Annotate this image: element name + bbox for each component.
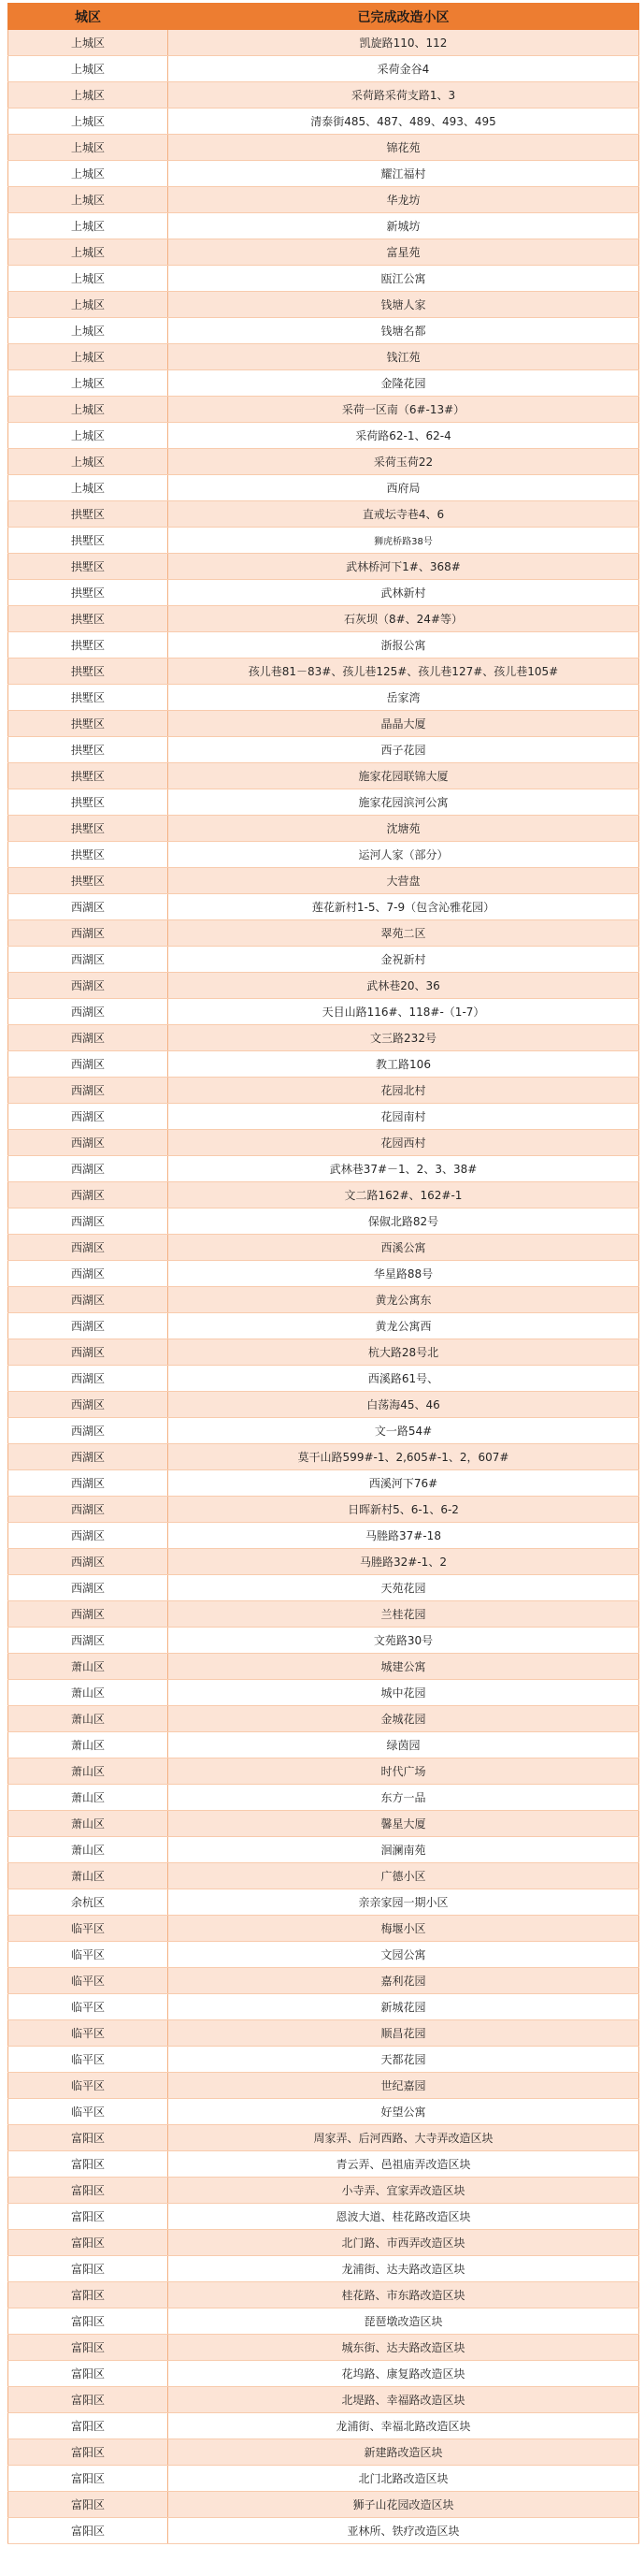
community-cell: 采荷路62-1、62-4	[168, 423, 639, 449]
district-cell: 上城区	[8, 344, 168, 370]
district-cell: 西湖区	[8, 1470, 168, 1497]
district-cell: 西湖区	[8, 1235, 168, 1261]
district-cell: 西湖区	[8, 1392, 168, 1418]
district-cell: 拱墅区	[8, 554, 168, 580]
district-cell: 富阳区	[8, 2151, 168, 2178]
community-cell: 钱江苑	[168, 344, 639, 370]
community-cell: 小寺弄、宜家弄改造区块	[168, 2178, 639, 2204]
community-cell: 华星路88号	[168, 1261, 639, 1287]
district-cell: 上城区	[8, 475, 168, 501]
district-cell: 拱墅区	[8, 528, 168, 554]
district-cell: 西湖区	[8, 999, 168, 1025]
table-row: 拱墅区武林桥河下1#、368#	[8, 554, 639, 580]
community-cell: 青云弄、邑祖庙弄改造区块	[168, 2151, 639, 2178]
table-row: 富阳区狮子山花园改造区块	[8, 2492, 639, 2518]
district-cell: 西湖区	[8, 1156, 168, 1182]
table-row: 富阳区桂花路、市东路改造区块	[8, 2282, 639, 2308]
table-row: 上城区华龙坊	[8, 187, 639, 213]
district-cell: 萧山区	[8, 1706, 168, 1732]
table-row: 西湖区保俶北路82号	[8, 1208, 639, 1235]
community-cell: 西子花园	[168, 737, 639, 763]
table-row: 萧山区城中花园	[8, 1680, 639, 1706]
community-cell: 好望公寓	[168, 2099, 639, 2125]
community-cell: 花园西村	[168, 1130, 639, 1156]
district-cell: 临平区	[8, 2020, 168, 2047]
district-cell: 西湖区	[8, 1601, 168, 1628]
table-row: 富阳区北堤路、幸福路改造区块	[8, 2387, 639, 2413]
table-row: 富阳区城东街、达夫路改造区块	[8, 2335, 639, 2361]
community-cell: 兰桂花园	[168, 1601, 639, 1628]
table-row: 西湖区西溪公寓	[8, 1235, 639, 1261]
table-row: 上城区采荷玉荷22	[8, 449, 639, 475]
community-cell: 钱塘名都	[168, 318, 639, 344]
district-cell: 西湖区	[8, 1339, 168, 1366]
district-cell: 富阳区	[8, 2282, 168, 2308]
community-cell: 金城花园	[168, 1706, 639, 1732]
table-row: 上城区钱江苑	[8, 344, 639, 370]
district-cell: 富阳区	[8, 2178, 168, 2204]
table-row: 临平区文园公寓	[8, 1942, 639, 1968]
table-row: 临平区顺昌花园	[8, 2020, 639, 2047]
district-cell: 拱墅区	[8, 685, 168, 711]
community-cell: 大营盘	[168, 868, 639, 894]
table-row: 萧山区广德小区	[8, 1863, 639, 1889]
table-row: 富阳区花坞路、康复路改造区块	[8, 2361, 639, 2387]
district-cell: 上城区	[8, 187, 168, 213]
district-cell: 西湖区	[8, 920, 168, 947]
community-cell: 钱塘人家	[168, 292, 639, 318]
district-cell: 富阳区	[8, 2518, 168, 2544]
community-cell: 翠苑二区	[168, 920, 639, 947]
district-cell: 富阳区	[8, 2308, 168, 2335]
table-row: 西湖区教工路106	[8, 1051, 639, 1078]
table-row: 西湖区黄龙公寓西	[8, 1313, 639, 1339]
table-row: 上城区新城坊	[8, 213, 639, 239]
district-cell: 西湖区	[8, 1497, 168, 1523]
table-row: 富阳区小寺弄、宜家弄改造区块	[8, 2178, 639, 2204]
community-cell: 马塍路37#-18	[168, 1523, 639, 1549]
district-cell: 拱墅区	[8, 606, 168, 632]
district-cell: 西湖区	[8, 1628, 168, 1654]
district-cell: 西湖区	[8, 947, 168, 973]
community-cell: 北门北路改造区块	[168, 2466, 639, 2492]
community-cell: 西溪河下76#	[168, 1470, 639, 1497]
district-cell: 上城区	[8, 449, 168, 475]
community-cell: 孩儿巷81－83#、孩儿巷125#、孩儿巷127#、孩儿巷105#	[168, 658, 639, 685]
community-cell: 世纪嘉园	[168, 2073, 639, 2099]
community-cell: 晶晶大厦	[168, 711, 639, 737]
table-row: 西湖区天苑花园	[8, 1575, 639, 1601]
district-cell: 拱墅区	[8, 868, 168, 894]
community-cell: 恩波大道、桂花路改造区块	[168, 2204, 639, 2230]
community-cell: 采荷路采荷支路1、3	[168, 82, 639, 109]
table-row: 拱墅区施家花园滨河公寓	[8, 789, 639, 816]
table-row: 拱墅区大营盘	[8, 868, 639, 894]
district-cell: 富阳区	[8, 2125, 168, 2151]
table-row: 富阳区恩波大道、桂花路改造区块	[8, 2204, 639, 2230]
community-cell: 莲花新村1-5、7-9（包含沁雅花园）	[168, 894, 639, 920]
community-cell: 花坞路、康复路改造区块	[168, 2361, 639, 2387]
district-cell: 西湖区	[8, 1051, 168, 1078]
table-row: 拱墅区石灰坝（8#、24#等）	[8, 606, 639, 632]
table-row: 富阳区周家弄、后河西路、大寺弄改造区块	[8, 2125, 639, 2151]
district-cell: 上城区	[8, 213, 168, 239]
district-cell: 富阳区	[8, 2492, 168, 2518]
table-row: 临平区世纪嘉园	[8, 2073, 639, 2099]
district-cell: 富阳区	[8, 2361, 168, 2387]
district-cell: 拱墅区	[8, 816, 168, 842]
table-row: 上城区瓯江公寓	[8, 266, 639, 292]
district-cell: 上城区	[8, 318, 168, 344]
table-row: 富阳区北门路、市西弄改造区块	[8, 2230, 639, 2256]
district-cell: 上城区	[8, 109, 168, 135]
table-row: 西湖区马塍路32#-1、2	[8, 1549, 639, 1575]
community-cell: 黄龙公寓西	[168, 1313, 639, 1339]
district-cell: 西湖区	[8, 1104, 168, 1130]
table-row: 上城区采荷金谷4	[8, 56, 639, 82]
community-cell: 直戒坛寺巷4、6	[168, 501, 639, 528]
community-cell: 运河人家（部分）	[168, 842, 639, 868]
district-cell: 上城区	[8, 56, 168, 82]
district-cell: 上城区	[8, 30, 168, 56]
community-cell: 亲亲家园一期小区	[168, 1889, 639, 1916]
table-row: 西湖区花园南村	[8, 1104, 639, 1130]
district-cell: 富阳区	[8, 2204, 168, 2230]
community-cell: 北堤路、幸福路改造区块	[168, 2387, 639, 2413]
district-cell: 上城区	[8, 292, 168, 318]
community-cell: 洄澜南苑	[168, 1837, 639, 1863]
district-cell: 临平区	[8, 1994, 168, 2020]
community-cell: 花园北村	[168, 1078, 639, 1104]
table-row: 上城区采荷路采荷支路1、3	[8, 82, 639, 109]
table-row: 西湖区文三路232号	[8, 1025, 639, 1051]
header-district: 城区	[8, 4, 168, 30]
community-cell: 新城坊	[168, 213, 639, 239]
page: 城区 已完成改造小区 上城区凯旋路110、112上城区采荷金谷4上城区采荷路采荷…	[0, 0, 644, 2576]
community-cell: 施家花园滨河公寓	[168, 789, 639, 816]
table-row: 萧山区洄澜南苑	[8, 1837, 639, 1863]
community-cell: 金祝新村	[168, 947, 639, 973]
community-cell: 天都花园	[168, 2047, 639, 2073]
community-cell: 文一路54#	[168, 1418, 639, 1444]
community-cell: 文二路162#、162#-1	[168, 1182, 639, 1208]
community-cell: 文三路232号	[168, 1025, 639, 1051]
district-cell: 上城区	[8, 266, 168, 292]
community-cell: 锦花苑	[168, 135, 639, 161]
community-cell: 馨星大厦	[168, 1811, 639, 1837]
community-cell: 采荷金谷4	[168, 56, 639, 82]
table-row: 西湖区莲花新村1-5、7-9（包含沁雅花园）	[8, 894, 639, 920]
table-row: 富阳区新建路改造区块	[8, 2439, 639, 2466]
community-cell: 西溪路61号、	[168, 1366, 639, 1392]
district-cell: 西湖区	[8, 1261, 168, 1287]
district-cell: 拱墅区	[8, 737, 168, 763]
district-cell: 萧山区	[8, 1732, 168, 1758]
district-cell: 拱墅区	[8, 763, 168, 789]
district-cell: 萧山区	[8, 1837, 168, 1863]
district-cell: 临平区	[8, 1916, 168, 1942]
district-cell: 拱墅区	[8, 711, 168, 737]
district-cell: 临平区	[8, 1968, 168, 1994]
community-cell: 教工路106	[168, 1051, 639, 1078]
community-cell: 桂花路、市东路改造区块	[168, 2282, 639, 2308]
table-row: 富阳区青云弄、邑祖庙弄改造区块	[8, 2151, 639, 2178]
table-row: 萧山区时代广场	[8, 1758, 639, 1785]
table-row: 西湖区黄龙公寓东	[8, 1287, 639, 1313]
community-cell: 城中花园	[168, 1680, 639, 1706]
table-row: 拱墅区晶晶大厦	[8, 711, 639, 737]
community-cell: 黄龙公寓东	[168, 1287, 639, 1313]
table-row: 临平区好望公寓	[8, 2099, 639, 2125]
table-row: 拱墅区狮虎桥路38号	[8, 528, 639, 554]
table-row: 西湖区金祝新村	[8, 947, 639, 973]
district-cell: 萧山区	[8, 1758, 168, 1785]
community-cell: 琵琶墩改造区块	[168, 2308, 639, 2335]
table-row: 上城区金隆花园	[8, 370, 639, 397]
district-cell: 拱墅区	[8, 632, 168, 658]
community-cell: 嘉利花园	[168, 1968, 639, 1994]
district-cell: 西湖区	[8, 1575, 168, 1601]
community-cell: 杭大路28号北	[168, 1339, 639, 1366]
district-cell: 西湖区	[8, 1130, 168, 1156]
community-cell: 白荡海45、46	[168, 1392, 639, 1418]
table-row: 西湖区莫干山路599#-1、2,605#-1、2，607#	[8, 1444, 639, 1470]
district-cell: 西湖区	[8, 1444, 168, 1470]
header-completed-communities: 已完成改造小区	[168, 4, 639, 30]
community-cell: 莫干山路599#-1、2,605#-1、2，607#	[168, 1444, 639, 1470]
table-row: 西湖区翠苑二区	[8, 920, 639, 947]
district-cell: 富阳区	[8, 2335, 168, 2361]
community-cell: 日晖新村5、6-1、6-2	[168, 1497, 639, 1523]
district-cell: 西湖区	[8, 1549, 168, 1575]
district-cell: 富阳区	[8, 2439, 168, 2466]
district-cell: 拱墅区	[8, 842, 168, 868]
community-cell: 西府局	[168, 475, 639, 501]
community-cell: 文苑路30号	[168, 1628, 639, 1654]
table-row: 萧山区绿茵园	[8, 1732, 639, 1758]
community-cell: 龙浦街、幸福北路改造区块	[168, 2413, 639, 2439]
community-cell: 天目山路116#、118#-（1-7）	[168, 999, 639, 1025]
table-row: 临平区嘉利花园	[8, 1968, 639, 1994]
district-cell: 临平区	[8, 1942, 168, 1968]
community-cell: 采荷一区南（6#-13#）	[168, 397, 639, 423]
district-cell: 萧山区	[8, 1863, 168, 1889]
community-cell: 狮子山花园改造区块	[168, 2492, 639, 2518]
table-row: 西湖区文苑路30号	[8, 1628, 639, 1654]
table-row: 上城区清泰街485、487、489、493、495	[8, 109, 639, 135]
community-cell: 武林巷37#－1、2、3、38#	[168, 1156, 639, 1182]
community-cell: 武林巷20、36	[168, 973, 639, 999]
district-cell: 临平区	[8, 2099, 168, 2125]
table-row: 上城区西府局	[8, 475, 639, 501]
community-cell: 武林新村	[168, 580, 639, 606]
table-row: 萧山区东方一品	[8, 1785, 639, 1811]
district-cell: 西湖区	[8, 1418, 168, 1444]
district-cell: 拱墅区	[8, 580, 168, 606]
table-row: 拱墅区岳家湾	[8, 685, 639, 711]
community-cell: 绿茵园	[168, 1732, 639, 1758]
table-row: 萧山区馨星大厦	[8, 1811, 639, 1837]
district-cell: 余杭区	[8, 1889, 168, 1916]
district-cell: 上城区	[8, 82, 168, 109]
district-cell: 西湖区	[8, 1313, 168, 1339]
community-cell: 西溪公寓	[168, 1235, 639, 1261]
community-cell: 保俶北路82号	[168, 1208, 639, 1235]
table-row: 萧山区金城花园	[8, 1706, 639, 1732]
community-cell: 岳家湾	[168, 685, 639, 711]
community-cell: 顺昌花园	[168, 2020, 639, 2047]
community-cell: 施家花园联锦大厦	[168, 763, 639, 789]
renovation-table: 城区 已完成改造小区 上城区凯旋路110、112上城区采荷金谷4上城区采荷路采荷…	[7, 3, 639, 2544]
district-cell: 上城区	[8, 370, 168, 397]
table-row: 西湖区白荡海45、46	[8, 1392, 639, 1418]
community-cell: 凯旋路110、112	[168, 30, 639, 56]
community-cell: 沈塘苑	[168, 816, 639, 842]
district-cell: 上城区	[8, 397, 168, 423]
table-row: 上城区采荷一区南（6#-13#）	[8, 397, 639, 423]
table-row: 拱墅区施家花园联锦大厦	[8, 763, 639, 789]
district-cell: 上城区	[8, 161, 168, 187]
table-row: 拱墅区沈塘苑	[8, 816, 639, 842]
district-cell: 西湖区	[8, 1523, 168, 1549]
community-cell: 天苑花园	[168, 1575, 639, 1601]
district-cell: 上城区	[8, 423, 168, 449]
table-row: 富阳区亚林所、铁疗改造区块	[8, 2518, 639, 2544]
district-cell: 西湖区	[8, 894, 168, 920]
header-row: 城区 已完成改造小区	[8, 4, 639, 30]
community-cell: 周家弄、后河西路、大寺弄改造区块	[168, 2125, 639, 2151]
community-cell: 浙报公寓	[168, 632, 639, 658]
table-row: 上城区采荷路62-1、62-4	[8, 423, 639, 449]
district-cell: 上城区	[8, 135, 168, 161]
table-row: 临平区梅堰小区	[8, 1916, 639, 1942]
table-row: 上城区锦花苑	[8, 135, 639, 161]
district-cell: 拱墅区	[8, 789, 168, 816]
table-row: 西湖区花园西村	[8, 1130, 639, 1156]
table-row: 拱墅区西子花园	[8, 737, 639, 763]
table-row: 拱墅区运河人家（部分）	[8, 842, 639, 868]
table-row: 西湖区武林巷37#－1、2、3、38#	[8, 1156, 639, 1182]
table-row: 上城区耀江福村	[8, 161, 639, 187]
district-cell: 西湖区	[8, 1078, 168, 1104]
table-row: 拱墅区孩儿巷81－83#、孩儿巷125#、孩儿巷127#、孩儿巷105#	[8, 658, 639, 685]
community-cell: 城东街、达夫路改造区块	[168, 2335, 639, 2361]
table-row: 余杭区亲亲家园一期小区	[8, 1889, 639, 1916]
district-cell: 拱墅区	[8, 501, 168, 528]
community-cell: 耀江福村	[168, 161, 639, 187]
community-cell: 文园公寓	[168, 1942, 639, 1968]
table-row: 临平区新城花园	[8, 1994, 639, 2020]
table-row: 西湖区日晖新村5、6-1、6-2	[8, 1497, 639, 1523]
community-cell: 采荷玉荷22	[168, 449, 639, 475]
district-cell: 临平区	[8, 2047, 168, 2073]
community-cell: 新城花园	[168, 1994, 639, 2020]
district-cell: 临平区	[8, 2073, 168, 2099]
table-row: 拱墅区直戒坛寺巷4、6	[8, 501, 639, 528]
district-cell: 上城区	[8, 239, 168, 266]
table-row: 富阳区龙浦街、达夫路改造区块	[8, 2256, 639, 2282]
table-row: 上城区钱塘名都	[8, 318, 639, 344]
district-cell: 西湖区	[8, 1366, 168, 1392]
table-row: 西湖区文二路162#、162#-1	[8, 1182, 639, 1208]
table-row: 萧山区城建公寓	[8, 1654, 639, 1680]
community-cell: 梅堰小区	[168, 1916, 639, 1942]
table-row: 西湖区西溪路61号、	[8, 1366, 639, 1392]
district-cell: 富阳区	[8, 2413, 168, 2439]
table-row: 富阳区北门北路改造区块	[8, 2466, 639, 2492]
community-cell: 花园南村	[168, 1104, 639, 1130]
district-cell: 西湖区	[8, 1025, 168, 1051]
table-row: 西湖区华星路88号	[8, 1261, 639, 1287]
table-row: 西湖区兰桂花园	[8, 1601, 639, 1628]
table-row: 西湖区天目山路116#、118#-（1-7）	[8, 999, 639, 1025]
district-cell: 拱墅区	[8, 658, 168, 685]
community-cell: 富星苑	[168, 239, 639, 266]
district-cell: 富阳区	[8, 2256, 168, 2282]
table-row: 西湖区西溪河下76#	[8, 1470, 639, 1497]
table-row: 西湖区武林巷20、36	[8, 973, 639, 999]
table-row: 上城区富星苑	[8, 239, 639, 266]
table-row: 上城区钱塘人家	[8, 292, 639, 318]
community-cell: 北门路、市西弄改造区块	[168, 2230, 639, 2256]
community-cell: 金隆花园	[168, 370, 639, 397]
district-cell: 西湖区	[8, 1182, 168, 1208]
community-cell: 清泰街485、487、489、493、495	[168, 109, 639, 135]
community-cell: 石灰坝（8#、24#等）	[168, 606, 639, 632]
community-cell: 龙浦街、达夫路改造区块	[168, 2256, 639, 2282]
community-cell: 东方一品	[168, 1785, 639, 1811]
district-cell: 西湖区	[8, 1208, 168, 1235]
community-cell: 城建公寓	[168, 1654, 639, 1680]
district-cell: 富阳区	[8, 2387, 168, 2413]
table-row: 拱墅区武林新村	[8, 580, 639, 606]
community-cell: 马塍路32#-1、2	[168, 1549, 639, 1575]
table-row: 上城区凯旋路110、112	[8, 30, 639, 56]
table-row: 西湖区杭大路28号北	[8, 1339, 639, 1366]
table-row: 西湖区花园北村	[8, 1078, 639, 1104]
community-cell: 狮虎桥路38号	[168, 528, 639, 554]
community-cell: 时代广场	[168, 1758, 639, 1785]
table-row: 富阳区琵琶墩改造区块	[8, 2308, 639, 2335]
district-cell: 萧山区	[8, 1811, 168, 1837]
district-cell: 富阳区	[8, 2466, 168, 2492]
district-cell: 萧山区	[8, 1785, 168, 1811]
table-row: 西湖区马塍路37#-18	[8, 1523, 639, 1549]
community-cell: 新建路改造区块	[168, 2439, 639, 2466]
district-cell: 萧山区	[8, 1654, 168, 1680]
table-row: 西湖区文一路54#	[8, 1418, 639, 1444]
table-row: 临平区天都花园	[8, 2047, 639, 2073]
district-cell: 西湖区	[8, 1287, 168, 1313]
district-cell: 富阳区	[8, 2230, 168, 2256]
community-cell: 亚林所、铁疗改造区块	[168, 2518, 639, 2544]
community-cell: 瓯江公寓	[168, 266, 639, 292]
community-cell: 广德小区	[168, 1863, 639, 1889]
district-cell: 西湖区	[8, 973, 168, 999]
renovation-table-wrap: 城区 已完成改造小区 上城区凯旋路110、112上城区采荷金谷4上城区采荷路采荷…	[7, 3, 638, 2544]
district-cell: 萧山区	[8, 1680, 168, 1706]
table-row: 拱墅区浙报公寓	[8, 632, 639, 658]
community-cell: 华龙坊	[168, 187, 639, 213]
table-row: 富阳区龙浦街、幸福北路改造区块	[8, 2413, 639, 2439]
community-cell: 武林桥河下1#、368#	[168, 554, 639, 580]
